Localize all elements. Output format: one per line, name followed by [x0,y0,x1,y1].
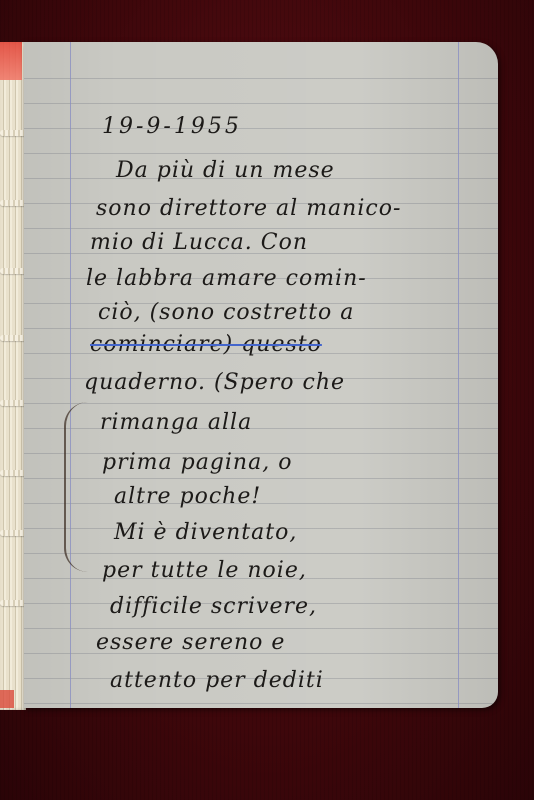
spine-red-edge-bottom [0,690,14,708]
notebook-spine [0,42,26,710]
margin-bracket-mark [64,402,88,572]
handwritten-line: ciò, (sono costretto a [98,300,354,325]
spine-red-edge [0,42,22,80]
handwritten-line: attento per dediti [110,668,324,693]
right-margin-line [458,42,459,708]
handwritten-line: prima pagina, o [102,450,292,475]
handwritten-line: difficile scrivere, [110,594,317,619]
notebook-page: 19-9-1955 Da più di un mese sono diretto… [24,42,498,708]
handwritten-line: rimanga alla [100,410,252,435]
handwritten-line: le labbra amare comin- [86,266,367,291]
handwritten-line: Mi è diventato, [114,520,297,545]
handwritten-line: essere sereno e [96,630,285,655]
handwritten-line: altre poche! [114,484,261,509]
left-margin-line [70,42,71,708]
handwritten-line: per tutte le noie, [102,558,307,583]
line-text: ciò, (sono costretto a [98,300,354,325]
entry-date: 19-9-1955 [102,114,242,139]
handwritten-line-struck: cominciare) questo [90,332,322,357]
handwritten-line: Da più di un mese [116,158,335,183]
handwritten-line: sono direttore al manico- [96,196,401,221]
handwritten-line: mio di Lucca. Con [90,230,308,255]
handwritten-line: quaderno. (Spero che [84,370,345,395]
